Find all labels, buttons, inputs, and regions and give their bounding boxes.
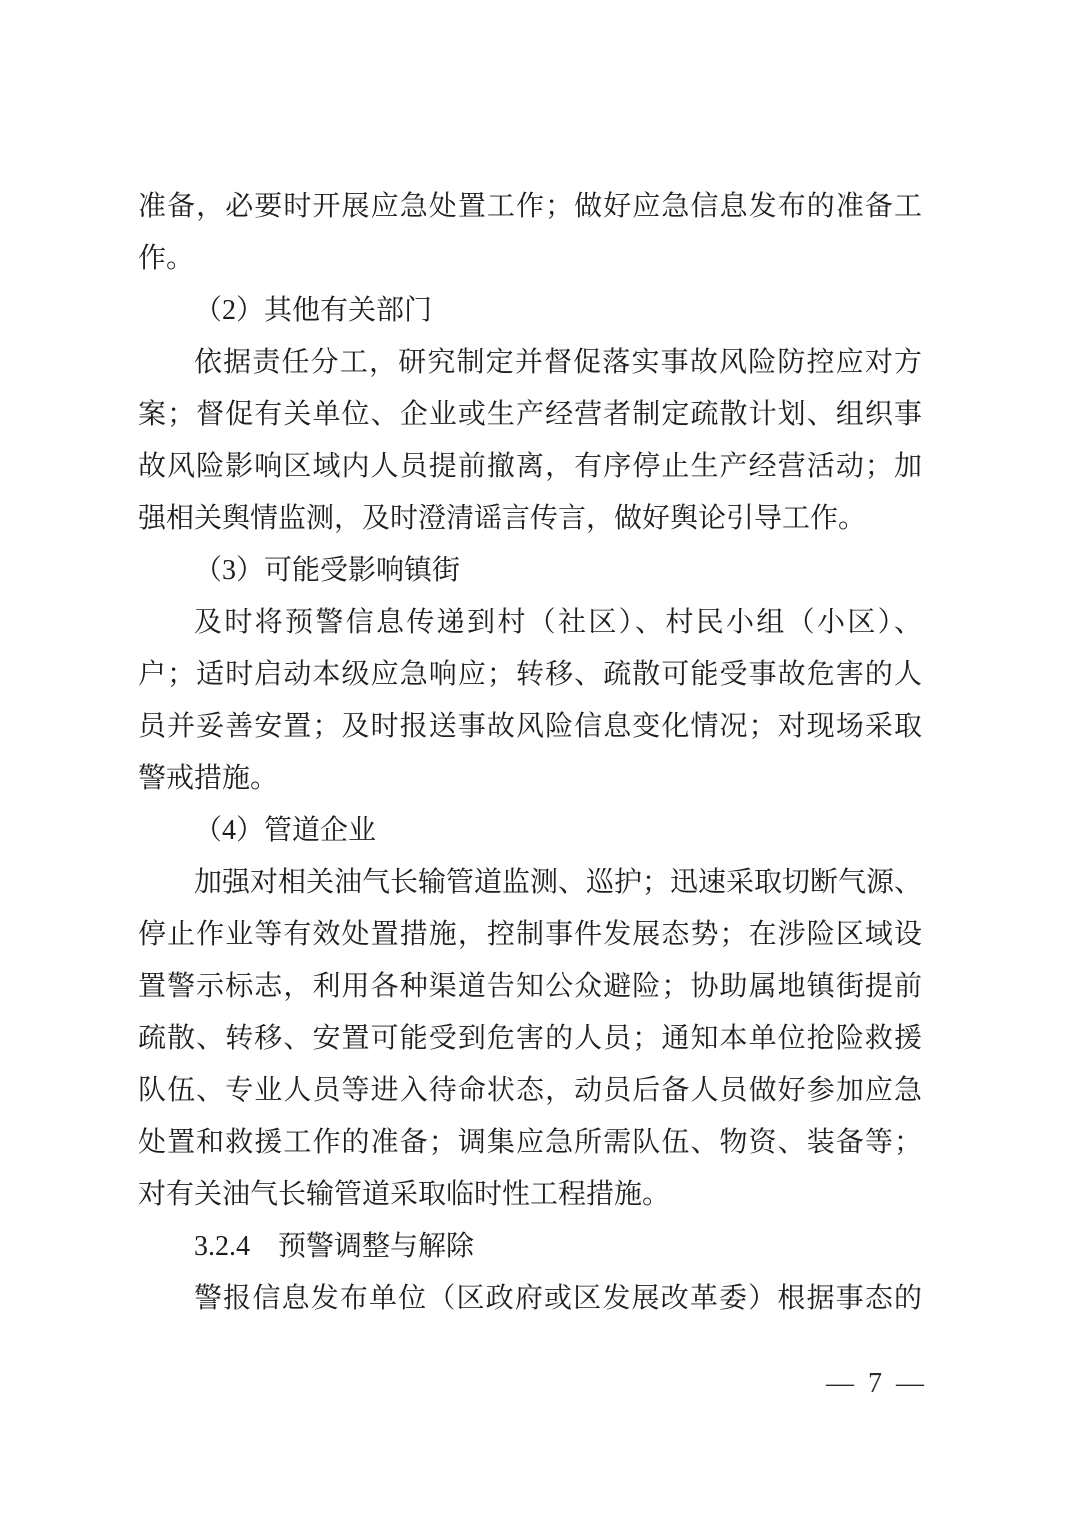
text-line: 加强对相关油气长输管道监测、巡护；迅速采取切断气源、 (138, 857, 922, 909)
page-number: 7 (868, 1368, 882, 1400)
text-line: 置警示标志，利用各种渠道告知公众避险；协助属地镇街提前 (138, 961, 922, 1013)
text-line: 故风险影响区域内人员提前撤离，有序停止生产经营活动；加 (138, 441, 922, 493)
text-line: 依据责任分工，研究制定并督促落实事故风险防控应对方 (138, 337, 922, 389)
text-line: 停止作业等有效处置措施，控制事件发展态势；在涉险区域设 (138, 909, 922, 961)
text-line: 疏散、转移、安置可能受到危害的人员；通知本单位抢险救援 (138, 1013, 922, 1065)
subsection-heading: （4）管道企业 (138, 805, 922, 857)
subsection-heading: （2）其他有关部门 (138, 285, 922, 337)
text-line: 员并妥善安置；及时报送事故风险信息变化情况；对现场采取 (138, 701, 922, 753)
document-page: 准备，必要时开展应急处置工作；做好应急信息发布的准备工 作。 （2）其他有关部门… (0, 0, 1076, 1520)
text-line: 户；适时启动本级应急响应；转移、疏散可能受事故危害的人 (138, 649, 922, 701)
text-line: 强相关舆情监测，及时澄清谣言传言，做好舆论引导工作。 (138, 493, 922, 545)
text-line: 警戒措施。 (138, 753, 922, 805)
document-body: 准备，必要时开展应急处置工作；做好应急信息发布的准备工 作。 （2）其他有关部门… (138, 181, 922, 1325)
text-line: 案；督促有关单位、企业或生产经营者制定疏散计划、组织事 (138, 389, 922, 441)
text-line: 作。 (138, 233, 922, 285)
footer-dash-left: — (826, 1368, 854, 1400)
section-heading: 3.2.4 预警调整与解除 (138, 1221, 922, 1273)
text-line: 警报信息发布单位（区政府或区发展改革委）根据事态的 (138, 1273, 922, 1325)
subsection-heading: （3）可能受影响镇街 (138, 545, 922, 597)
text-line: 对有关油气长输管道采取临时性工程措施。 (138, 1169, 922, 1221)
text-line: 准备，必要时开展应急处置工作；做好应急信息发布的准备工 (138, 181, 922, 233)
footer-dash-right: — (896, 1368, 924, 1400)
text-line: 及时将预警信息传递到村（社区）、村民小组（小区）、 (138, 597, 922, 649)
text-line: 队伍、专业人员等进入待命状态，动员后备人员做好参加应急 (138, 1065, 922, 1117)
text-line: 处置和救援工作的准备；调集应急所需队伍、物资、装备等； (138, 1117, 922, 1169)
page-number-footer: —7— (826, 1368, 924, 1400)
